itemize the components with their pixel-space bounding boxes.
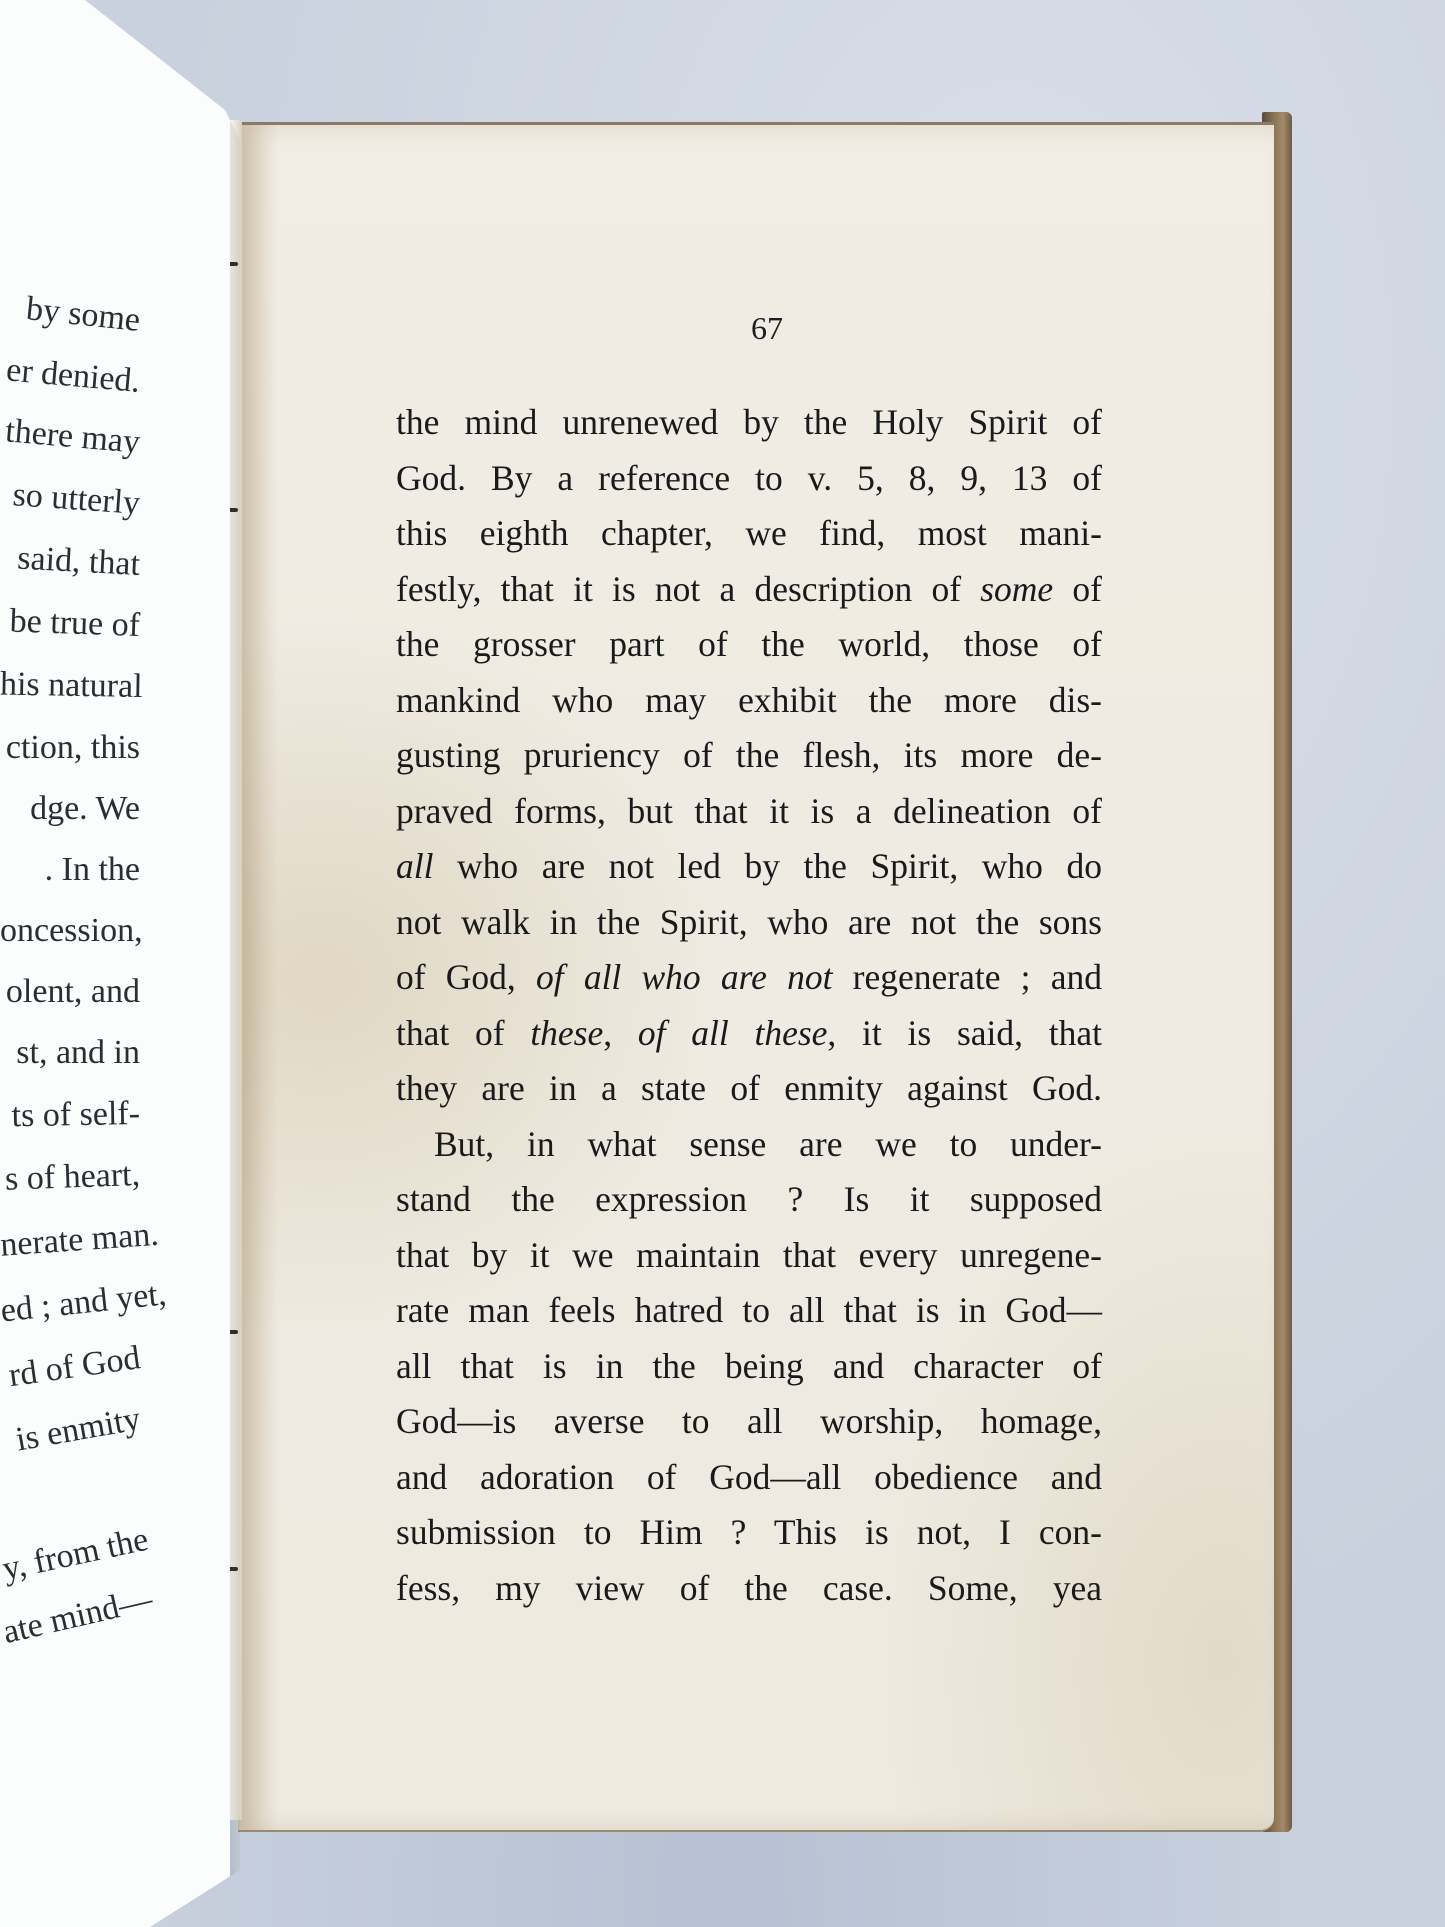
right-page: 67 the mind unrenewed by the Holy Spirit… <box>238 122 1274 1832</box>
left-text-line: his natural <box>0 654 141 717</box>
text-line: all that is in the being and character o… <box>396 1339 1102 1395</box>
left-text-line: nerate man. <box>0 1205 142 1276</box>
left-text-line: . In the <box>0 839 140 900</box>
text-line: this eighth chapter, we find, most mani- <box>396 506 1102 562</box>
italic-emphasis: some <box>980 569 1053 609</box>
text-line: of God, of all who are not regenerate ; … <box>396 950 1102 1006</box>
left-text-line <box>0 1449 140 1510</box>
text-line: that by it we maintain that every unrege… <box>396 1228 1102 1284</box>
left-text-line: dge. We <box>0 778 140 839</box>
text-line: rate man feels hatred to all that is in … <box>396 1283 1102 1339</box>
text-line: God. By a reference to v. 5, 8, 9, 13 of <box>396 451 1102 507</box>
text-line: fess, my view of the case. Some, yea <box>396 1561 1102 1617</box>
page-number: 67 <box>238 310 1274 347</box>
text-line: God—is averse to all worship, homage, <box>396 1394 1102 1450</box>
left-page-fore-edge <box>228 120 242 1820</box>
text-line: the mind unrenewed by the Holy Spirit of <box>396 395 1102 451</box>
text-line: festly, that it is not a description of … <box>396 562 1102 618</box>
text-line: gusting pruriency of the flesh, its more… <box>396 728 1102 784</box>
text-line: mankind who may exhibit the more dis- <box>396 673 1102 729</box>
italic-emphasis: of all these <box>638 1013 828 1053</box>
left-text-line: s of heart, <box>0 1144 141 1210</box>
left-text-line: be true of <box>0 590 141 656</box>
left-text-line: said, that <box>0 527 142 595</box>
left-page: by someer denied.there mayso utterlysaid… <box>0 0 230 1927</box>
italic-emphasis: of all who are not <box>536 957 832 997</box>
left-page-text: by someer denied.there mayso utterlysaid… <box>0 290 140 1632</box>
left-text-line: st, and in <box>0 1022 140 1083</box>
italic-emphasis: all <box>396 846 433 886</box>
text-line: submission to Him ? This is not, I con- <box>396 1505 1102 1561</box>
text-line: and adoration of God—all obedience and <box>396 1450 1102 1506</box>
text-line: all who are not led by the Spirit, who d… <box>396 839 1102 895</box>
text-line: praved forms, but that it is a delineati… <box>396 784 1102 840</box>
text-line: stand the expression ? Is it supposed <box>396 1172 1102 1228</box>
text-line: But, in what sense are we to under- <box>396 1117 1102 1173</box>
left-text-line: oncession, <box>0 900 140 961</box>
gutter-shadow <box>238 125 278 1830</box>
left-text-line: ction, this <box>0 717 140 778</box>
left-text-line: ts of self- <box>0 1083 141 1146</box>
text-line: they are in a state of enmity against Go… <box>396 1061 1102 1117</box>
left-text-line: there may <box>0 400 143 473</box>
italic-emphasis: these <box>530 1013 603 1053</box>
text-line: not walk in the Spirit, who are not the … <box>396 895 1102 951</box>
text-line: that of these, of all these, it is said,… <box>396 1006 1102 1062</box>
left-text-line: so utterly <box>0 463 142 534</box>
left-text-line: olent, and <box>0 961 140 1022</box>
text-line: the grosser part of the world, those of <box>396 617 1102 673</box>
page-body-text: the mind unrenewed by the Holy Spirit of… <box>396 395 1102 1616</box>
